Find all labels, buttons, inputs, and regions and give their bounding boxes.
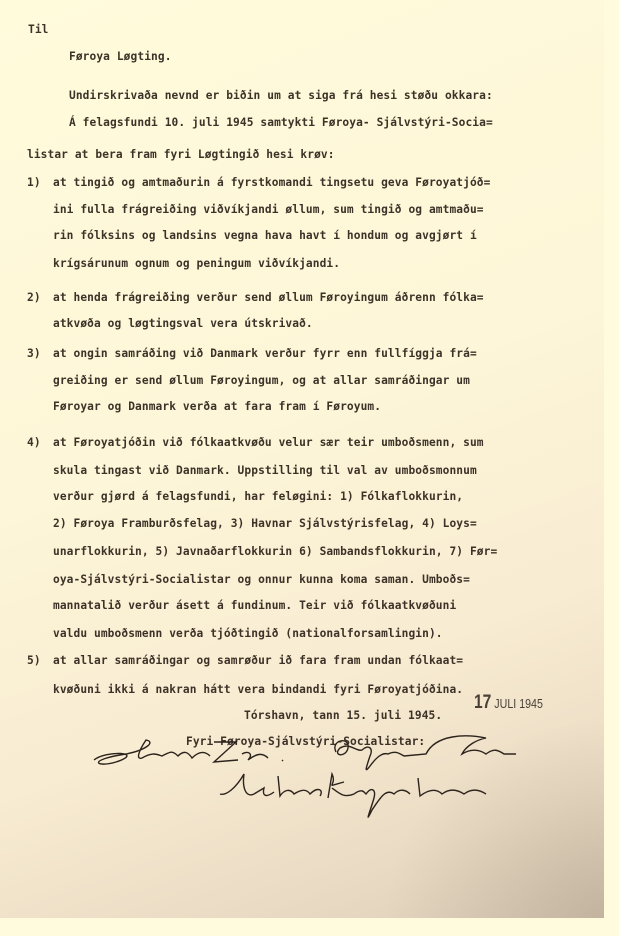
addressee: Føroya Løgting. bbox=[69, 50, 172, 64]
demand-line: at Føroyatjóðin við fólkaatkvøðu velur s… bbox=[53, 436, 484, 450]
demand-line: valdu umboðsmenn verða tjóðtingið (natio… bbox=[53, 627, 443, 641]
demand-line: krígsárunum ognum og peningum viðvíkjand… bbox=[53, 257, 340, 271]
demand-number: 4) bbox=[27, 436, 41, 450]
demand-line: at henda frágreiðing verður send øllum F… bbox=[53, 291, 484, 305]
place-date: Tórshavn, tann 15. juli 1945. bbox=[244, 709, 442, 723]
demand-line: rin fólksins og landsins vegna hava havt… bbox=[53, 229, 477, 243]
stamp-day: 17 bbox=[474, 692, 491, 713]
intro-line: listar at bera fram fyri Løgtingið hesi … bbox=[27, 148, 335, 162]
demand-line: at ongin samráðing við Danmark verður fy… bbox=[53, 347, 477, 361]
demand-number: 2) bbox=[27, 291, 41, 305]
signature-3 bbox=[214, 768, 504, 838]
demand-line: oya-Sjálvstýri-Socialistar og onnur kunn… bbox=[53, 573, 470, 587]
salutation: Til bbox=[28, 23, 49, 37]
demand-line: mannatalið verður ásett á fundinum. Teir… bbox=[53, 599, 456, 613]
signature-1 bbox=[86, 732, 296, 772]
intro-line: Á felagsfundi 10. juli 1945 samtykti Før… bbox=[69, 116, 493, 130]
demand-line: at allar samráðingar og samrøður ið fara… bbox=[53, 654, 463, 668]
received-date-stamp: 17 JULI 1945 bbox=[474, 692, 543, 714]
demand-number: 5) bbox=[27, 654, 41, 668]
demand-line: skula tingast við Danmark. Uppstilling t… bbox=[53, 464, 477, 478]
demand-line: ini fulla frágreiðing viðvíkjandi øllum,… bbox=[53, 203, 484, 217]
demand-line: kvøðuni ikki á nakran hátt vera bindandi… bbox=[53, 683, 463, 697]
demand-line: 2) Føroya Framburðsfelag, 3) Havnar Sjál… bbox=[53, 517, 477, 531]
demand-number: 1) bbox=[27, 176, 41, 190]
demand-line: verður gjørd á felagsfundi, har feløgini… bbox=[53, 490, 463, 504]
demand-line: at tingið og amtmaðurin á fyrstkomandi t… bbox=[53, 176, 490, 190]
document-page: Til Føroya Løgting. Undirskrivaða nevnd … bbox=[0, 0, 604, 918]
stamp-month-year: JULI 1945 bbox=[494, 696, 543, 711]
intro-line: Undirskrivaða nevnd er biðin um at siga … bbox=[69, 89, 493, 103]
demand-number: 3) bbox=[27, 347, 41, 361]
demand-line: Føroyar og Danmark verða at fara fram í … bbox=[53, 400, 381, 414]
demand-line: atkvøða og løgtingsval vera útskrivað. bbox=[53, 317, 313, 331]
demand-line: greiðing er send øllum Føroyingum, og at… bbox=[53, 374, 470, 388]
demand-line: unarflokkurin, 5) Javnaðarflokkurin 6) S… bbox=[53, 545, 497, 559]
